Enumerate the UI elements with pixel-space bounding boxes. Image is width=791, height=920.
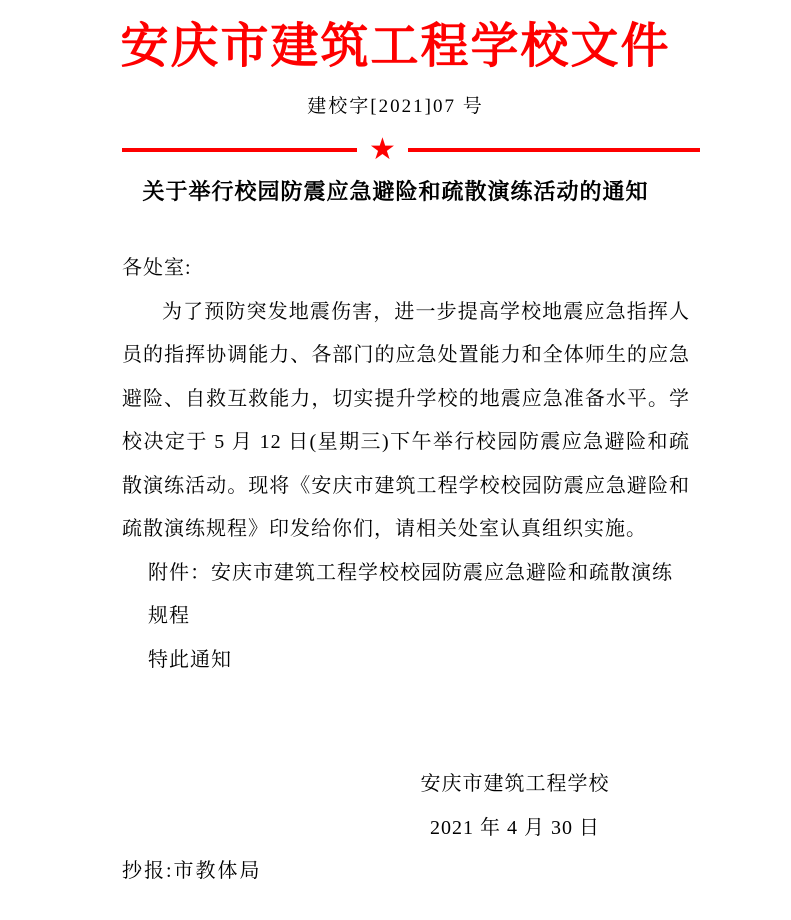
red-divider: ★ [122,135,700,165]
signature-block: 安庆市建筑工程学校 2021 年 4 月 30 日 [350,763,680,850]
document-body: 各处室: 为了预防突发地震伤害，进一步提高学校地震应急指挥人员的指挥协调能力、各… [122,247,690,682]
signature-date: 2021 年 4 月 30 日 [350,807,680,851]
main-paragraph: 为了预防突发地震伤害，进一步提高学校地震应急指挥人员的指挥协调能力、各部门的应急… [122,291,690,552]
signature-name: 安庆市建筑工程学校 [350,763,680,807]
divider-line-left [122,148,357,152]
agency-title: 安庆市建筑工程学校文件 [0,0,791,76]
salutation: 各处室: [122,247,690,291]
attachment-line: 附件：安庆市建筑工程学校校园防震应急避险和疏散演练规程 [122,552,690,639]
closing-line: 特此通知 [122,639,690,683]
divider-line-right [408,148,700,152]
cc-line: 抄报:市教体局 [122,850,791,894]
star-icon: ★ [369,135,396,165]
document-page: 安庆市建筑工程学校文件 建校字[2021]07 号 ★ 关于举行校园防震应急避险… [0,0,791,920]
doc-number: 建校字[2021]07 号 [0,96,791,118]
notice-title: 关于举行校园防震应急避险和疏散演练活动的通知 [0,177,791,207]
